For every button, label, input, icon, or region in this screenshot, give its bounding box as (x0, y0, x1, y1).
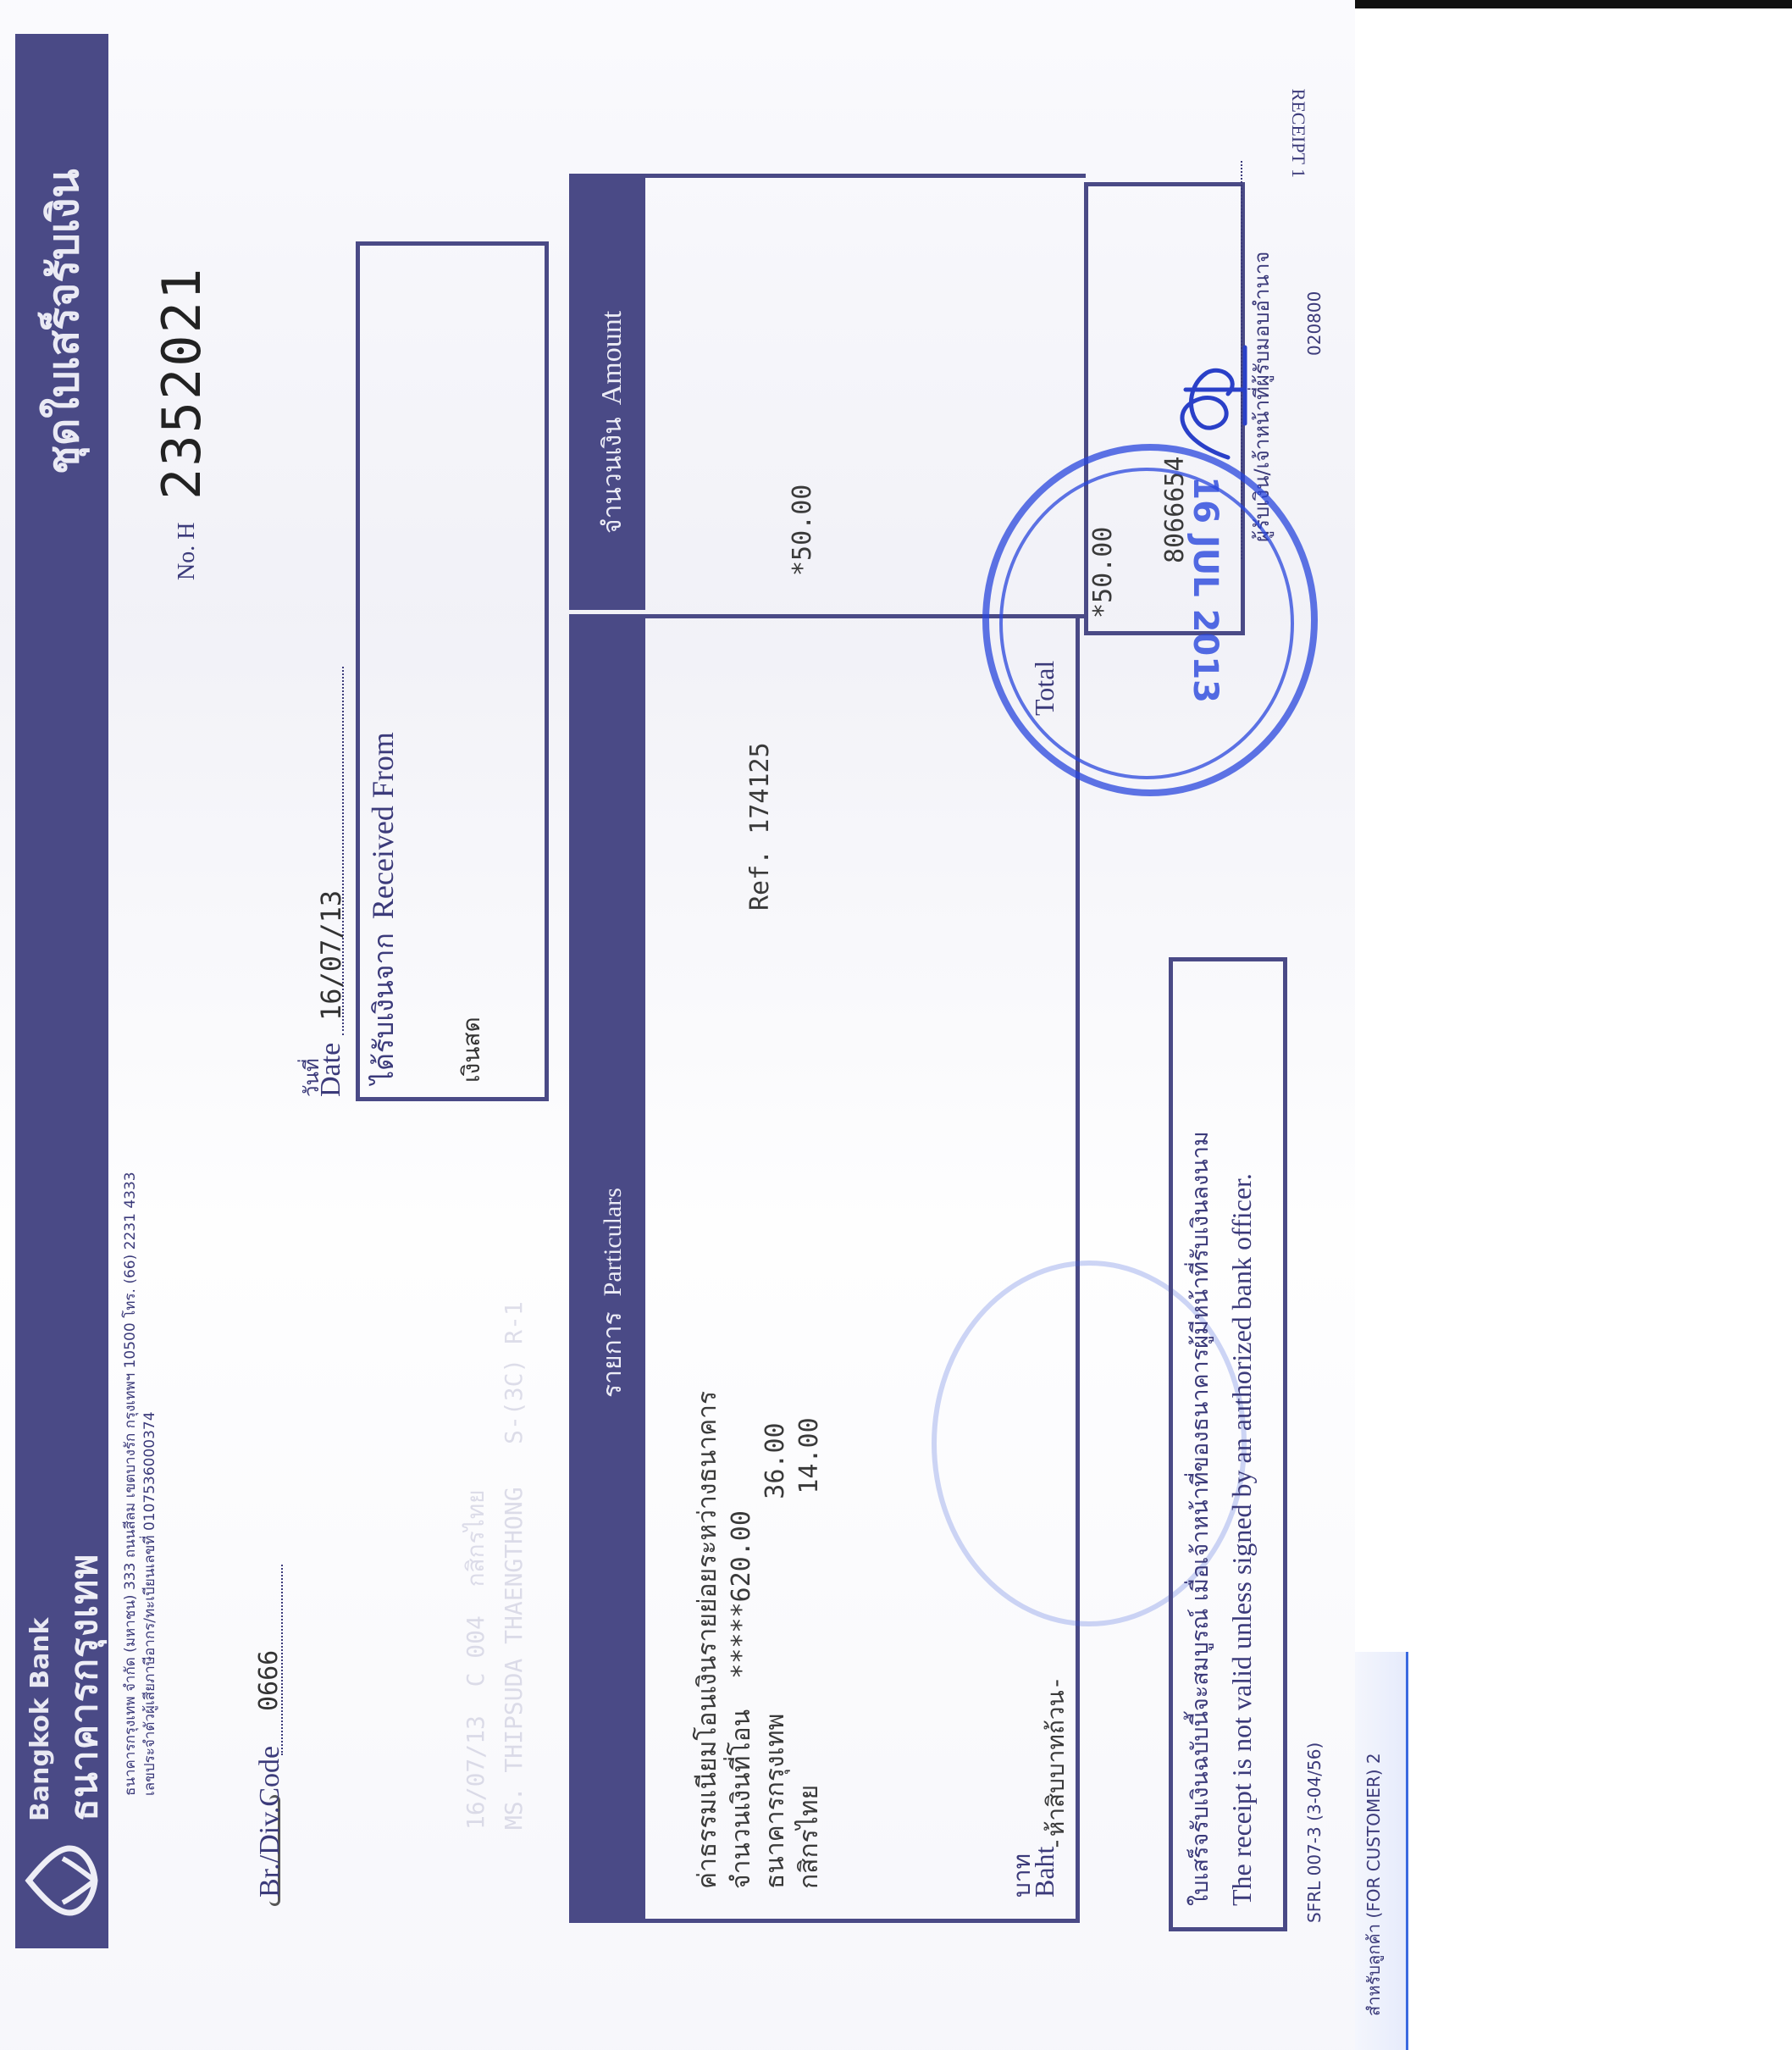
bangkok-bank-lotus-logo-icon (24, 1838, 100, 1923)
bank-receipt: 16/07/13 C 004 กสิกรไทย MS. THIPSUDA THA… (0, 0, 1355, 2050)
copy-label: RECEIPT 1 (1287, 89, 1309, 178)
ghost-text-line1: 16/07/13 C 004 กสิกรไทย (457, 1489, 495, 1830)
reference-number: Ref. 174125 (745, 742, 775, 911)
date-label: Date (315, 1043, 347, 1097)
amount-header-en: Amount (596, 311, 628, 405)
line-amount: *50.00 (788, 485, 817, 576)
received-from-label-th: ได้รับเงินจาก (368, 933, 400, 1084)
document-title: ชุดใบเสร็จรับเงิน (30, 169, 97, 474)
date-value: 16/07/13 (315, 890, 347, 1021)
validity-notice-en: The receipt is not valid unless signed b… (1226, 1173, 1258, 1906)
particulars-header-th: รายการ (598, 1311, 628, 1398)
table-left-border (569, 1919, 1077, 1923)
tax-id: เลขประจำตัวผู้เสียภาษีอากร/ทะเบียนเลขที่… (138, 1411, 161, 1796)
validity-notice-th: ใบเสร็จรับเงินฉบับนี้จะสมบูรณ์ เมื่อเจ้า… (1181, 1131, 1218, 1906)
particulars-header-en: Particulars (599, 1188, 627, 1296)
brand-name-en: Bangkok Bank (25, 1617, 55, 1821)
form-code: SFRL 007-3 (3-04/56) (1304, 1742, 1325, 1923)
received-from-box-edge (356, 1097, 549, 1101)
stamp-date: 16 JUL 2013 (1186, 476, 1225, 703)
amount-in-words: -ห้าสิบบาทถ้วน- (1037, 1676, 1075, 1851)
brand-name-th: ธนาคารกรุงเทพ (54, 1554, 113, 1821)
table-right-border (569, 174, 1086, 178)
received-from-label-en: Received From (366, 732, 400, 919)
amount-header-th: จำนวนเงิน (598, 417, 628, 534)
amount-header: จำนวนเงินAmount (593, 311, 633, 534)
ghost-text-line2: MS. THIPSUDA THAENGTHONG S-(3C) R-1 (500, 1301, 528, 1830)
bank-stamp-inner-ring (999, 468, 1294, 779)
particulars-header: รายการParticulars (593, 1188, 633, 1398)
received-from-label: ได้รับเงินจากReceived From (362, 732, 406, 1084)
branch-code-label: Br./Div.Code (254, 1746, 286, 1898)
customer-copy-label: สำหรับลูกค้า (FOR CUSTOMER) 2 (1360, 1753, 1387, 2016)
receipt-number-label: No. H (174, 523, 201, 580)
baht-label-en: Baht (1029, 1847, 1060, 1898)
line-item: กสิกรไทย 14.00 (789, 1417, 829, 1889)
serial-number: 020800 (1304, 291, 1325, 356)
received-from-value: เงินสด (453, 1017, 490, 1083)
branch-code-value: 0666 (254, 1650, 284, 1711)
receipt-number: 2352021 (151, 267, 213, 500)
